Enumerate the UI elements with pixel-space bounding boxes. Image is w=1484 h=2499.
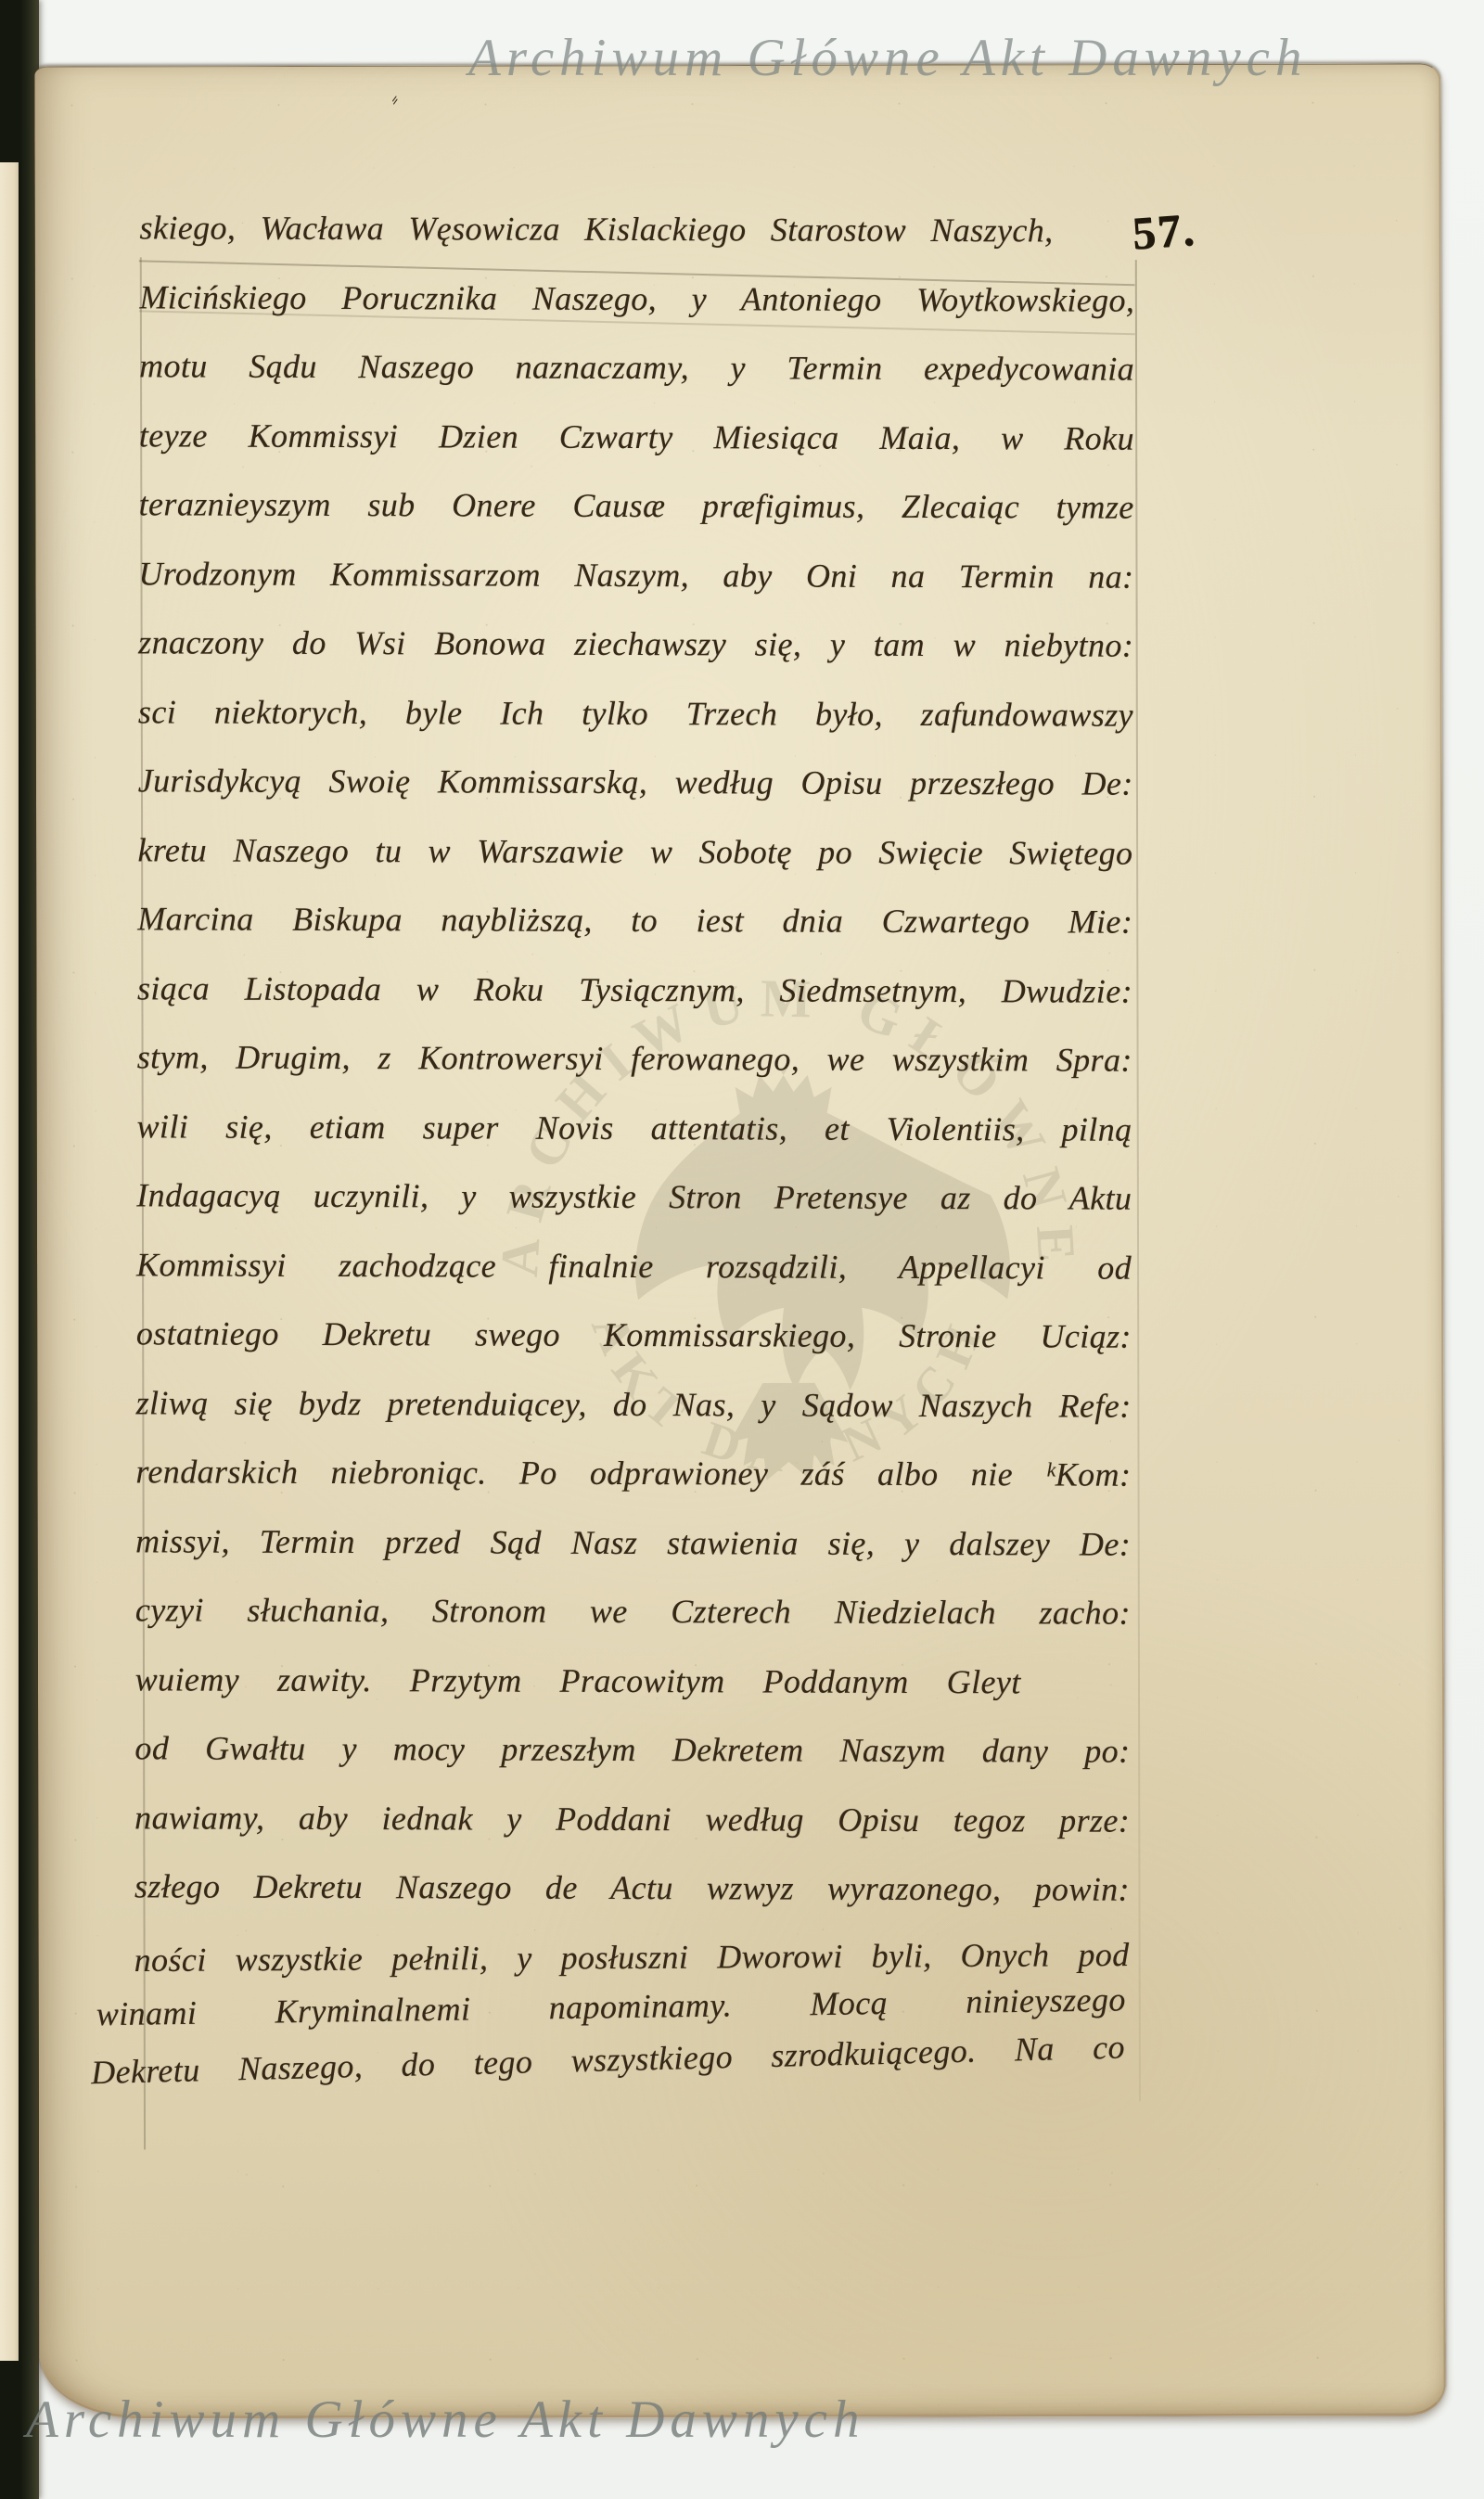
manuscript-line: kretu Naszego tu w Warszawie w Sobotę po… — [137, 830, 1132, 903]
manuscript-line: nawiamy, aby iednak y Poddani według Opi… — [134, 1798, 1130, 1870]
manuscript-line: Marcina Biskupa naybliższą, to iest dnia… — [137, 899, 1132, 971]
manuscript-line: Indagacyą uczynili, y wszystkie Stron Pr… — [136, 1175, 1132, 1248]
manuscript-line: rendarskich niebroniąc. Po odprawioney z… — [135, 1452, 1131, 1524]
manuscript-line: Kommissyi zachodzące finalnie rozsądzili… — [136, 1245, 1132, 1317]
manuscript-line: motu Sądu Naszego naznaczamy, y Termin e… — [139, 346, 1134, 418]
manuscript-line: ostatniego Dekretu swego Kommissarskiego… — [136, 1314, 1132, 1386]
manuscript-line: szłego Dekretu Naszego de Actu wzwyz wyr… — [134, 1866, 1130, 1939]
manuscript-line: od Gwałtu y mocy przeszłym Dekretem Nasz… — [134, 1728, 1130, 1801]
manuscript-line: wuiemy zawity. Przytym Pracowitym Poddan… — [135, 1660, 1021, 1731]
manuscript-line: Micińskiego Porucznika Naszego, y Antoni… — [139, 277, 1134, 350]
manuscript-line: Urodzonym Kommissarzom Naszym, aby Oni n… — [138, 554, 1133, 626]
manuscript-line: stym, Drugim, z Kontrowersyi ferowanego,… — [137, 1037, 1132, 1109]
manuscript-line: siąca Listopada w Roku Tysiącznym, Siedm… — [137, 968, 1132, 1041]
manuscript-line: missyi, Termin przed Sąd Nasz stawienia … — [135, 1521, 1131, 1594]
manuscript-line: sci niektorych, byle Ich tylko Trzech by… — [138, 692, 1133, 764]
archive-scan: { "document": { "archive_watermark": "Ar… — [0, 0, 1484, 2499]
manuscript-line: znaczony do Wsi Bonowa ziechawszy się, y… — [138, 622, 1133, 695]
binding-shadow-bottom — [0, 2361, 20, 2499]
watermark-top: Archiwum Główne Akt Dawnych — [468, 28, 1307, 88]
manuscript-line: teraznieyszym sub Onere Causæ præfigimus… — [138, 484, 1133, 557]
manuscript-line: cyzyi słuchania, Stronom we Czterech Nie… — [135, 1590, 1131, 1662]
manuscript-text: skiego, Wacława Węsowicza Kislackiego St… — [134, 208, 1134, 2114]
manuscript-line: Jurisdykcyą Swoię Kommissarską, według O… — [138, 761, 1133, 833]
binding-shadow-top — [0, 0, 20, 162]
watermark-bottom: Archiwum Główne Akt Dawnych — [26, 2390, 864, 2450]
manuscript-line: skiego, Wacława Węsowicza Kislackiego St… — [139, 208, 1053, 280]
manuscript-page: ARCHIWUM GŁÓWNE AKT DAWNYCH ⸗ 57. skiego… — [34, 63, 1445, 2418]
manuscript-line: zliwą się bydz pretenduiącey, do Nas, y … — [135, 1383, 1131, 1455]
manuscript-line: wili się, etiam super Novis attentatis, … — [136, 1107, 1132, 1179]
page-number: 57. — [1131, 202, 1197, 261]
manuscript-line: teyze Kommissyi Dzien Czwarty Miesiąca M… — [139, 416, 1134, 488]
